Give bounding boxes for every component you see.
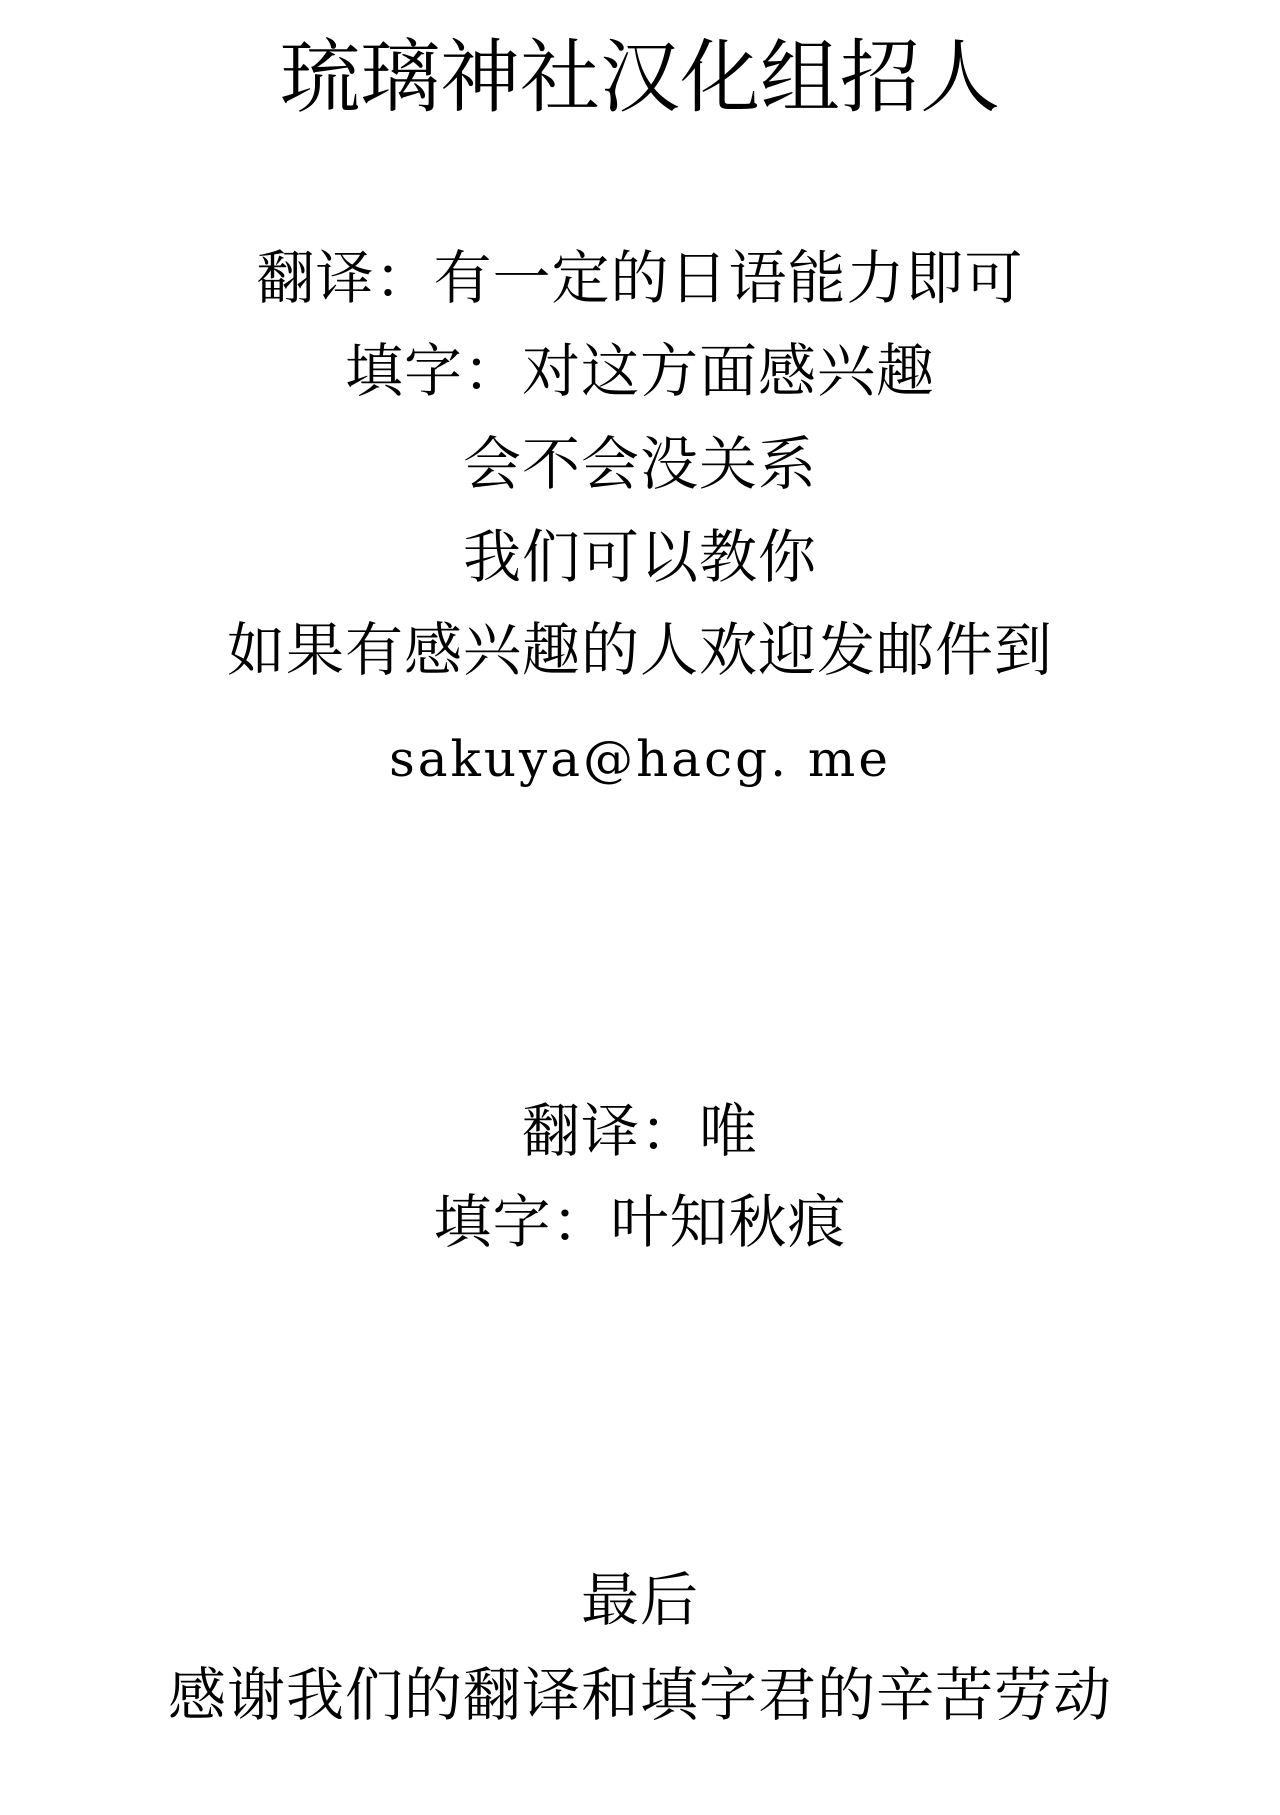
credit-typesetter: 填字：叶知秋痕 [0, 1193, 1280, 1251]
scan-page: 琉璃神社汉化组招人 翻译：有一定的日语能力即可 填字：对这方面感兴趣 会不会没关… [0, 0, 1280, 1815]
recruit-line-we-can-teach: 我们可以教你 [0, 528, 1280, 586]
recruit-line-no-experience-needed: 会不会没关系 [0, 435, 1280, 493]
closing-lead: 最后 [0, 1571, 1280, 1629]
credit-translator: 翻译：唯 [0, 1102, 1280, 1160]
closing-thanks: 感谢我们的翻译和填字君的辛苦劳动 [0, 1666, 1280, 1724]
page-title: 琉璃神社汉化组招人 [0, 38, 1280, 118]
recruit-line-translator-requirement: 翻译：有一定的日语能力即可 [0, 249, 1280, 307]
recruit-line-contact-invite: 如果有感兴趣的人欢迎发邮件到 [0, 621, 1280, 679]
contact-email: sakuya@hacg. me [0, 734, 1280, 784]
recruit-line-typesetter-requirement: 填字：对这方面感兴趣 [0, 342, 1280, 400]
